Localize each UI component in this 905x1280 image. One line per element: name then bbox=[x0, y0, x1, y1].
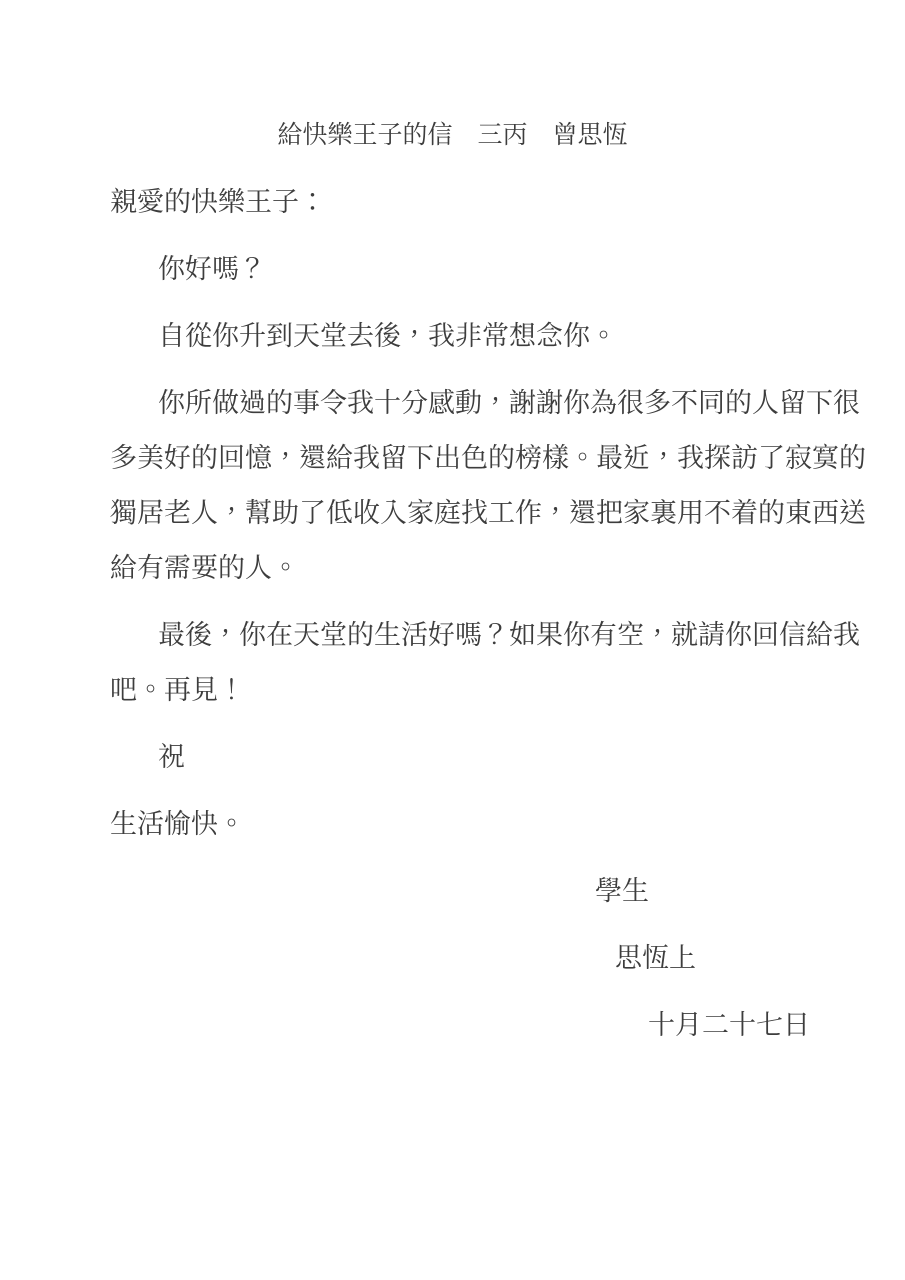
paragraph-farewell: 最後，你在天堂的生活好嗎？如果你有空，就請你回信給我 吧。再見！ bbox=[110, 608, 795, 718]
paragraph-line: 祝 bbox=[110, 730, 795, 785]
letter-title: 給快樂王子的信 三丙 曾思恆 bbox=[110, 108, 795, 163]
paragraph-line: 給有需要的人。 bbox=[110, 541, 795, 596]
closing-role-paragraph: 學生 bbox=[110, 864, 795, 919]
salutation-paragraph: 親愛的快樂王子： bbox=[110, 175, 795, 230]
letter-page: 給快樂王子的信 三丙 曾思恆 親愛的快樂王子： 你好嗎？ 自從你升到天堂去後，我… bbox=[0, 0, 905, 1280]
salutation: 親愛的快樂王子： bbox=[110, 175, 795, 230]
closing-role: 學生 bbox=[110, 864, 795, 919]
paragraph-greeting: 你好嗎？ bbox=[110, 242, 795, 297]
closing-date-paragraph: 十月二十七日 bbox=[110, 998, 795, 1053]
paragraph-missing-you: 自從你升到天堂去後，我非常想念你。 bbox=[110, 309, 795, 364]
paragraph-good-deeds: 你所做過的事令我十分感動，謝謝你為很多不同的人留下很 多美好的回憶，還給我留下出… bbox=[110, 376, 795, 596]
paragraph-line: 自從你升到天堂去後，我非常想念你。 bbox=[110, 309, 795, 364]
paragraph-line: 生活愉快。 bbox=[110, 797, 795, 852]
paragraph-line: 你所做過的事令我十分感動，謝謝你為很多不同的人留下很 bbox=[110, 376, 795, 431]
paragraph-line: 你好嗎？ bbox=[110, 242, 795, 297]
paragraph-line: 多美好的回憶，還給我留下出色的榜樣。最近，我探訪了寂寞的 bbox=[110, 431, 795, 486]
closing-signature: 思恆上 bbox=[110, 931, 795, 986]
paragraph-line: 最後，你在天堂的生活好嗎？如果你有空，就請你回信給我 bbox=[110, 608, 795, 663]
paragraph-wish-intro: 祝 bbox=[110, 730, 795, 785]
paragraph-line: 獨居老人，幫助了低收入家庭找工作，還把家裏用不着的東西送 bbox=[110, 486, 795, 541]
closing-date: 十月二十七日 bbox=[110, 998, 795, 1053]
paragraph-line: 吧。再見！ bbox=[110, 663, 795, 718]
closing-signature-paragraph: 思恆上 bbox=[110, 931, 795, 986]
paragraph-wish: 生活愉快。 bbox=[110, 797, 795, 852]
